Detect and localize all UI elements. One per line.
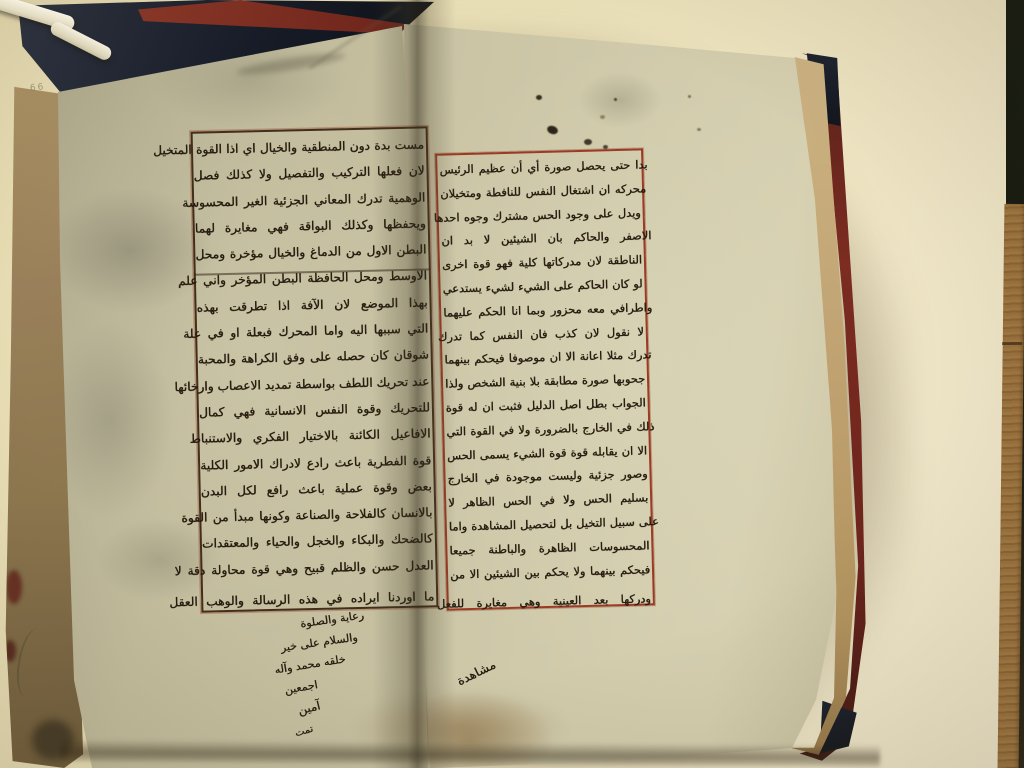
ink-smudge — [536, 95, 542, 100]
manuscript-photo: 66 مست بدة دون المنطقية والخيال اي اذا ا… — [0, 0, 1024, 768]
ink-smudge — [614, 98, 617, 101]
left-text-frame: مست بدة دون المنطقية والخيال اي اذا القو… — [191, 126, 439, 612]
foxing-dot — [600, 115, 605, 119]
ink-smudge — [697, 128, 701, 131]
red-leather-spot — [6, 570, 22, 604]
manuscript-line: العدل حسن والظلم قبيح وهي قوة محاولة دقة… — [174, 552, 434, 584]
ink-smudge — [603, 145, 608, 149]
wooden-batten-joint — [1002, 342, 1022, 345]
pencil-folio-mark: 66 — [30, 82, 46, 94]
right-text-block: بدا حتى يحصل صورة أي أن عظيم الرئيس وهذا… — [439, 153, 651, 610]
manuscript-line: فيحكم بينهما ولا يحكم بين الشيئين الا من… — [450, 558, 651, 587]
left-text-block: مست بدة دون المنطقية والخيال اي اذا القو… — [195, 131, 435, 609]
right-text-frame: بدا حتى يحصل صورة أي أن عظيم الرئيس وهذا… — [435, 148, 655, 610]
red-leather-spot — [4, 640, 16, 662]
pencil-scribble — [13, 626, 50, 699]
ink-smudge — [584, 139, 592, 145]
ink-smudge — [688, 95, 691, 98]
